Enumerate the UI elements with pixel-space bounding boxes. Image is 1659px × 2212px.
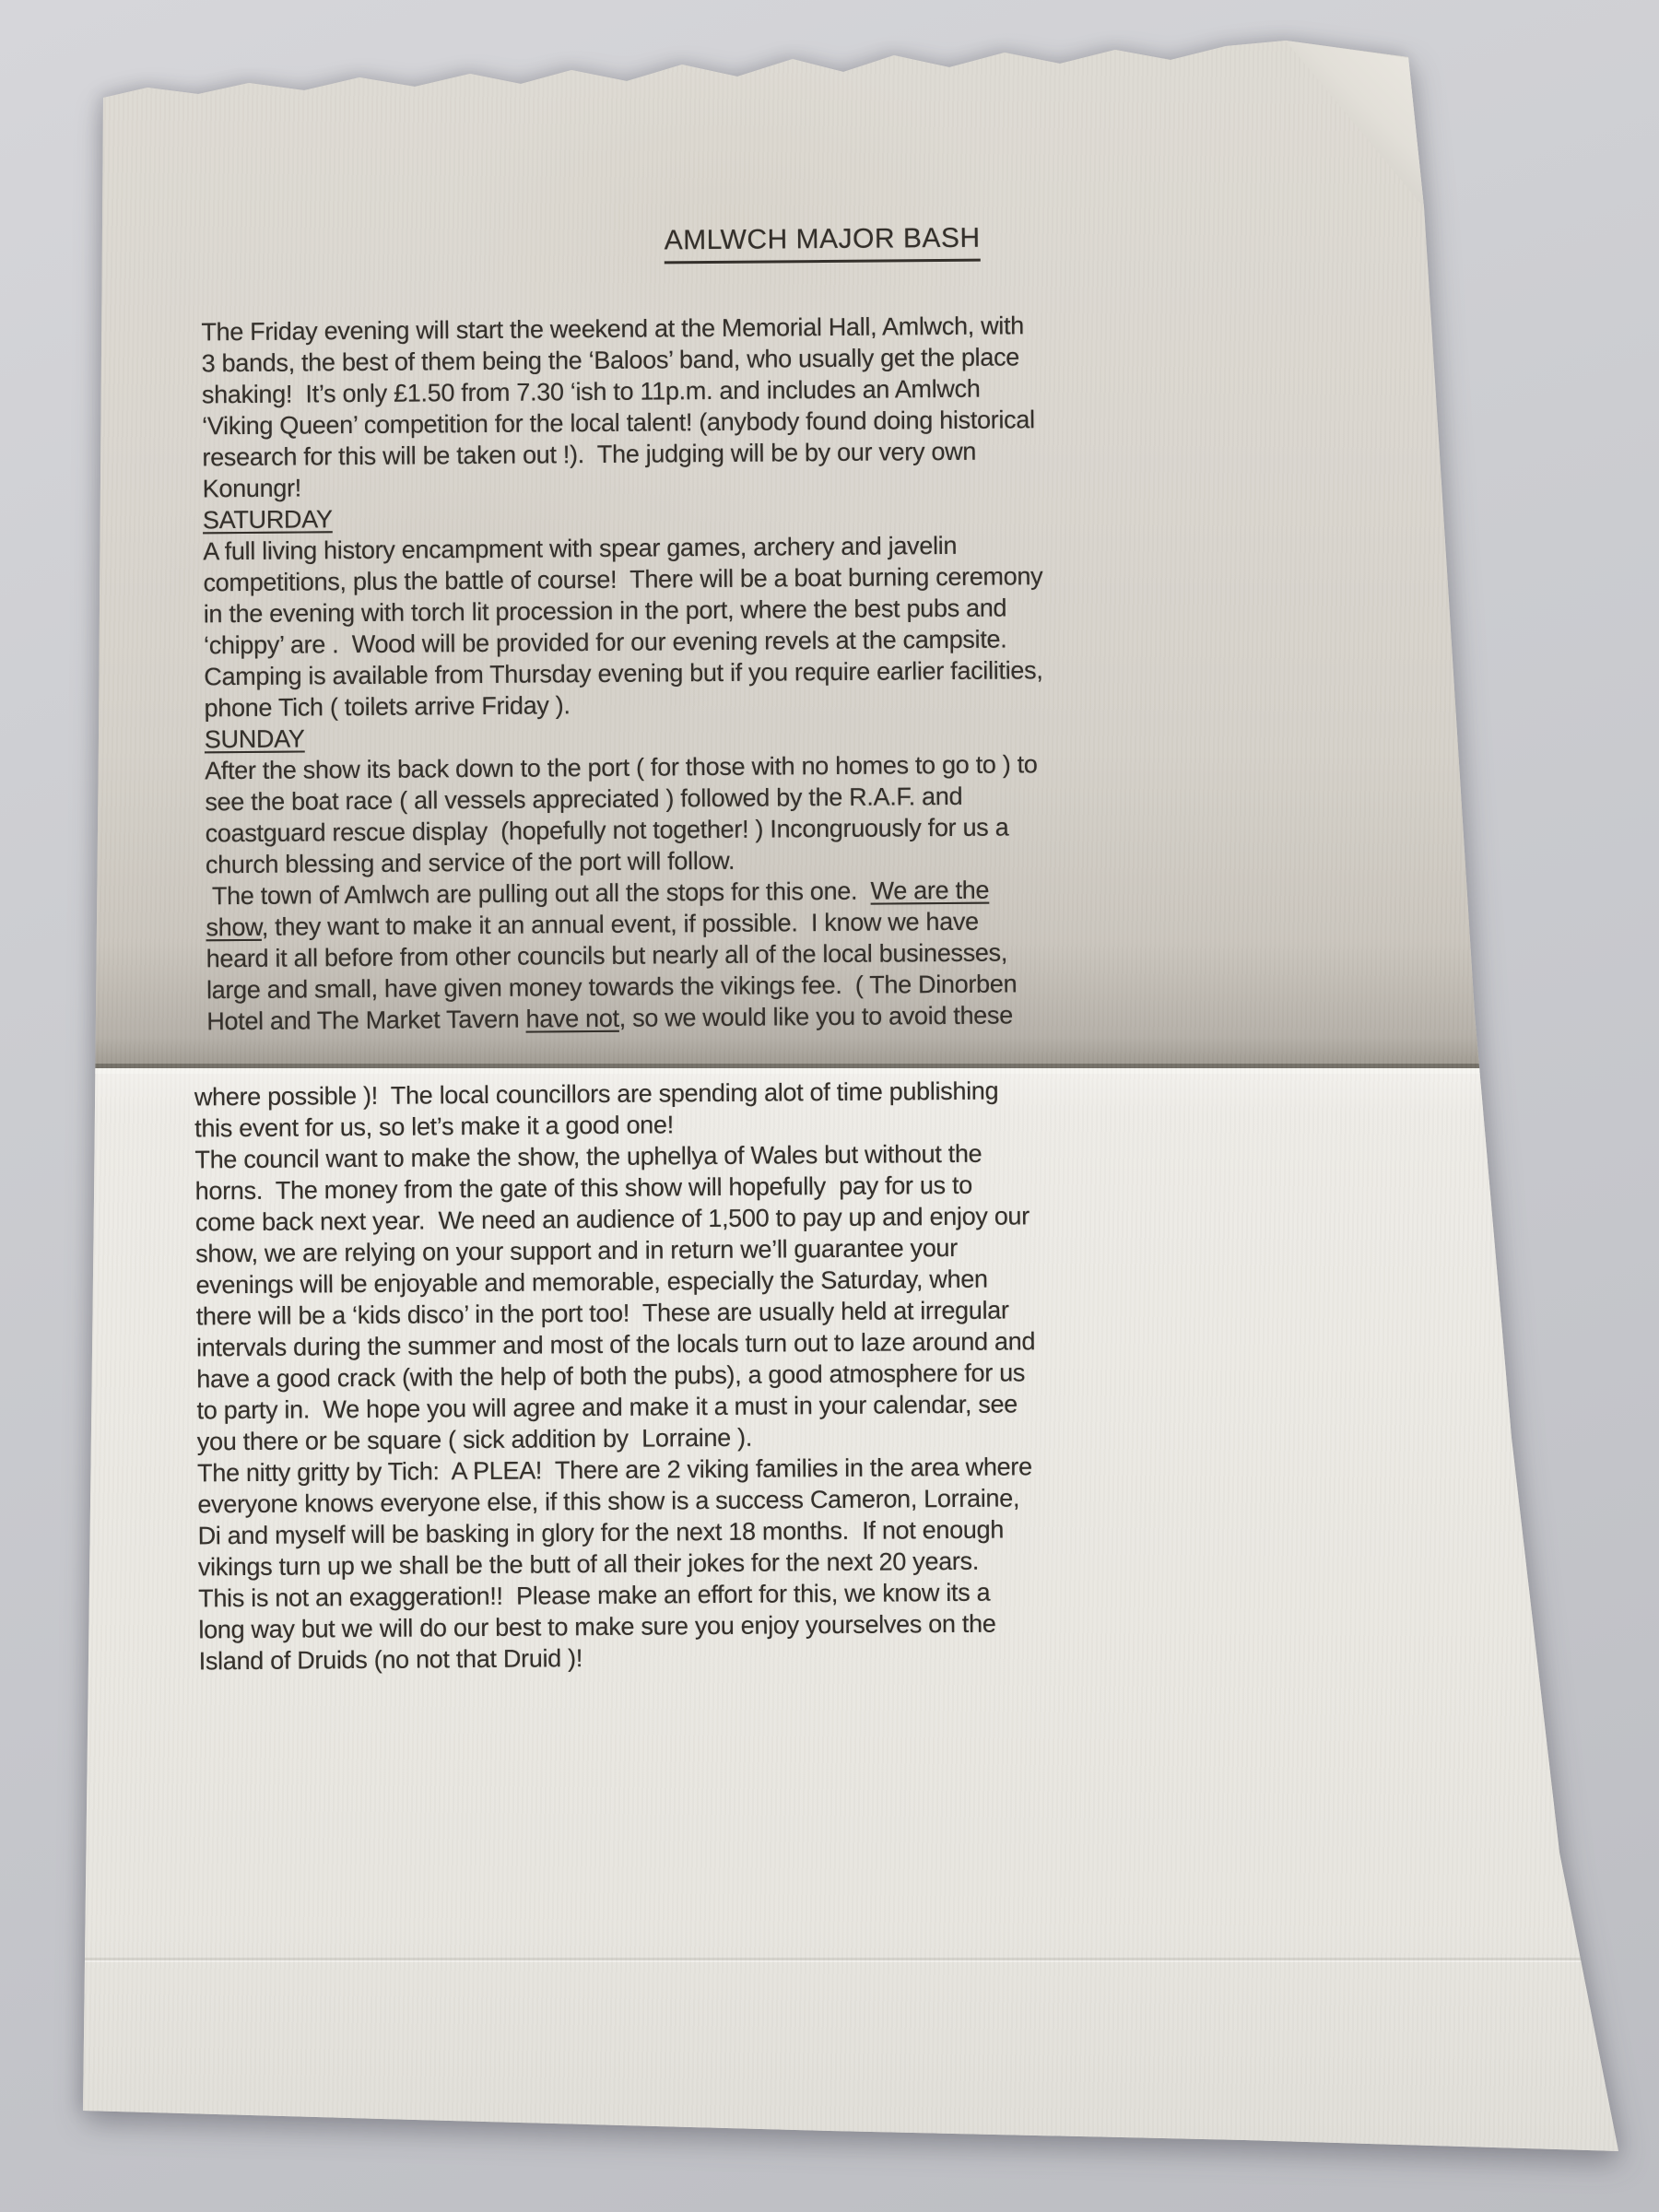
text-segment: vikings turn up we shall be the butt of …	[198, 1547, 979, 1582]
text-line: Camping is available from Thursday eveni…	[204, 654, 1043, 692]
text-segment: in the evening with torch lit procession…	[204, 594, 1007, 628]
text-line: Hotel and The Market Tavern have not, so…	[206, 999, 1046, 1037]
text-line: coastguard rescue display (hopefully not…	[206, 811, 1045, 849]
text-segment: you there or be square ( sick addition b…	[197, 1424, 752, 1456]
text-segment: where possible )! The local councillors …	[194, 1077, 999, 1112]
upper-text-block: The Friday evening will start the weeken…	[201, 310, 1046, 1037]
text-segment: have a good crack (with the help of both…	[196, 1359, 1025, 1393]
text-line: where possible )! The local councillors …	[194, 1075, 1033, 1112]
text-segment: evenings will be enjoyable and memorable…	[195, 1265, 987, 1300]
text-segment: shaking! It’s only £1.50 from 7.30 ‘ish …	[202, 375, 981, 409]
text-segment: , they want to make it an annual event, …	[262, 908, 979, 941]
text-segment: this event for us, so let’s make it a go…	[194, 1111, 674, 1142]
text-segment: Camping is available from Thursday eveni…	[204, 656, 1042, 690]
text-segment: competitions, plus the battle of course!…	[203, 562, 1042, 596]
document-content: AMLWCH MAJOR BASH The Friday evening wil…	[0, 0, 1659, 2212]
text-segment: This is not an exaggeration!! Please mak…	[198, 1579, 990, 1613]
text-segment: The town of Amlwch are pulling out all t…	[206, 877, 871, 911]
underlined-text: SATURDAY	[203, 505, 333, 534]
text-line: long way but we will do our best to make…	[198, 1607, 1037, 1645]
text-segment: ‘Viking Queen’ competition for the local…	[202, 406, 1035, 440]
text-segment: coastguard rescue display (hopefully not…	[206, 813, 1009, 847]
text-segment: The nitty gritty by Tich: A PLEA! There …	[197, 1453, 1032, 1487]
text-segment: horns. The money from the gate of this s…	[195, 1171, 972, 1206]
text-line: research for this will be taken out !). …	[202, 435, 1041, 473]
text-segment: heard it all before from other councils …	[206, 938, 1007, 972]
text-segment: long way but we will do our best to make…	[198, 1610, 995, 1644]
text-segment: research for this will be taken out !). …	[202, 438, 976, 472]
text-segment: Island of Druids (no not that Druid )!	[199, 1644, 583, 1675]
document-title: AMLWCH MAJOR BASH	[664, 223, 980, 265]
paper-shadow-wrap: AMLWCH MAJOR BASH The Friday evening wil…	[0, 0, 1659, 2212]
underlined-text: SUNDAY	[205, 724, 305, 753]
underlined-text: have not	[525, 1005, 618, 1033]
text-segment: The council want to make the show, the u…	[194, 1140, 982, 1174]
text-segment: ‘chippy’ are . Wood will be provided for…	[204, 625, 1007, 659]
text-segment: phone Tich ( toilets arrive Friday ).	[204, 691, 570, 722]
text-segment: intervals during the summer and most of …	[196, 1327, 1035, 1361]
lower-text-block: where possible )! The local councillors …	[194, 1075, 1038, 1677]
text-segment: Di and myself will be basking in glory f…	[198, 1516, 1005, 1550]
text-segment: 3 bands, the best of them being the ‘Bal…	[202, 343, 1020, 377]
text-segment: large and small, have given money toward…	[206, 970, 1018, 1004]
text-segment: see the boat race ( all vessels apprecia…	[205, 782, 962, 816]
text-segment: After the show its back down to the port…	[205, 750, 1038, 784]
text-segment: The Friday evening will start the weeken…	[201, 312, 1024, 346]
text-segment: A full living history encampment with sp…	[203, 532, 957, 565]
text-segment: come back next year. We need an audience…	[195, 1202, 1030, 1236]
text-segment: to party in. We hope you will agree and …	[196, 1390, 1018, 1424]
text-segment: , so we would like you to avoid these	[619, 1001, 1013, 1031]
photo-background: AMLWCH MAJOR BASH The Friday evening wil…	[0, 0, 1659, 2212]
text-segment: everyone knows everyone else, if this sh…	[197, 1484, 1019, 1518]
text-segment: Konungr!	[203, 474, 301, 502]
text-segment: church blessing and service of the port …	[206, 847, 735, 879]
document-paper: AMLWCH MAJOR BASH The Friday evening wil…	[0, 0, 1659, 2212]
text-segment: there will be a ‘kids disco’ in the port…	[196, 1296, 1009, 1330]
text-line: to party in. We hope you will agree and …	[196, 1388, 1035, 1426]
underlined-text: show	[206, 913, 262, 941]
text-segment: Hotel and The Market Tavern	[206, 1006, 526, 1036]
underlined-text: We are the	[870, 877, 989, 905]
text-segment: show, we are relying on your support and…	[195, 1234, 958, 1267]
text-line: Island of Druids (no not that Druid )!	[199, 1639, 1038, 1677]
